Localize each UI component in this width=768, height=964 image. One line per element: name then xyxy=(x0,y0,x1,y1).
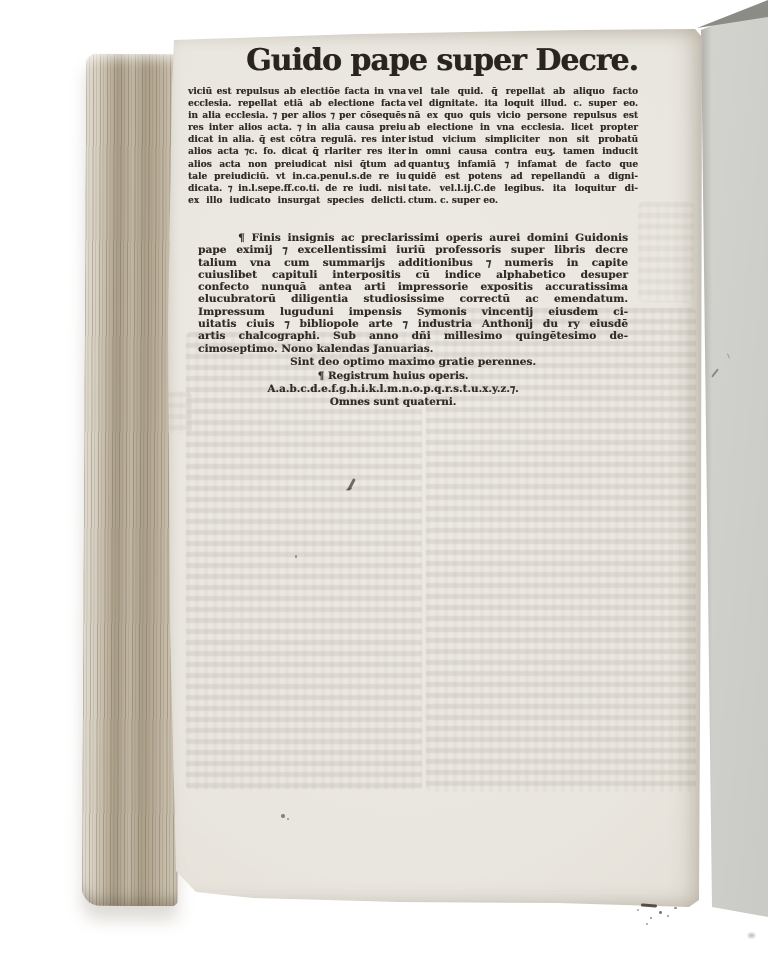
bleedthrough-right-margin xyxy=(638,202,694,302)
text-line: nā ex quo quis vicio persone repulsus es… xyxy=(408,110,638,122)
printed-page: Guido pape super Decre. viciū est repuls… xyxy=(158,26,706,914)
text-line: res inter alios acta. ⁊ in alia causa pr… xyxy=(188,122,406,134)
background-speck xyxy=(748,933,755,938)
colophon-line: elucubratorū diligentia studiosissime co… xyxy=(198,293,628,305)
colophon-line: talium vna cum summarijs additionibus ⁊ … xyxy=(198,257,628,269)
ink-speck xyxy=(650,917,652,919)
right-column: vel tale quid. q̄ repellat ab aliquo fac… xyxy=(408,86,638,207)
text-line: viciū est repulsus ab electiōe facta in … xyxy=(188,86,406,98)
colophon-line: pape eximij ⁊ excellentissimi iuriū prof… xyxy=(198,244,628,256)
text-line: in omni causa contra euʒ. tamen inducit xyxy=(408,146,638,158)
register: ¶ Registrum huius operis. A.a.b.c.d.e.f.… xyxy=(230,370,556,409)
colophon-line: Impressum luguduni impensis Symonis vinc… xyxy=(198,306,628,318)
colophon-line: uitatis ciuis ⁊ bibliopole arte ⁊ indust… xyxy=(198,318,628,330)
text-line: in alia ecclesia. ⁊ per alios ⁊ per cōse… xyxy=(188,110,406,122)
text-line: dicata. ⁊ in.l.sepe.ff.co.ti. de re iudi… xyxy=(188,183,406,195)
text-line: istud vicium simpliciter non sit probatū xyxy=(408,134,638,146)
ink-speck xyxy=(667,915,669,917)
text-line: ecclesia. repellat etiā ab electione fac… xyxy=(188,98,406,110)
text-line: vel dignitate. ita loquit illud. c. supe… xyxy=(408,98,638,110)
text-line: alios acta ⁊c. fo. dicat q̄ rlariter res… xyxy=(188,146,406,158)
colophon-line: cuiuslibet capituli interpositis cū indi… xyxy=(198,269,628,281)
left-column: viciū est repulsus ab electiōe facta in … xyxy=(188,86,406,207)
colophon-line: confecto nunquā antea arti impressorie e… xyxy=(198,281,628,293)
register-heading: ¶ Registrum huius operis. xyxy=(230,370,556,383)
text-line: ex illo iudicato insurgat species delict… xyxy=(188,195,406,207)
text-line: ab electione in vna ecclesia. licet prop… xyxy=(408,122,638,134)
text-line: quidē est potens ad repellandū a digni- xyxy=(408,171,638,183)
text-line: vel tale quid. q̄ repellat ab aliquo fac… xyxy=(408,86,638,98)
register-signatures: A.a.b.c.d.e.f.g.h.i.k.l.m.n.o.p.q.r.s.t.… xyxy=(230,383,556,396)
colophon-doxology: Sint deo optimo maximo gratie perennes. xyxy=(198,356,628,369)
ink-speck xyxy=(646,923,648,925)
register-note: Omnes sunt quaterni. xyxy=(230,396,556,409)
ink-speck xyxy=(674,907,677,909)
text-line: tale preiudiciū. vt in.ca.penul.s.de re … xyxy=(188,171,406,183)
ink-speck xyxy=(637,909,639,911)
text-line: alios acta non preiudicat nisi q̄tum ad xyxy=(188,159,406,171)
text-line: dicat in alia. q̄ est cōtra regulā. res … xyxy=(188,134,406,146)
colophon-line: cimoseptimo. Nono kalendas Januarias. xyxy=(198,343,628,355)
book-fore-edge-pages xyxy=(82,54,182,906)
colophon-line: artis chalcographi. Sub anno dñi millesi… xyxy=(198,330,628,342)
ink-speck xyxy=(659,911,662,914)
running-title: Guido pape super Decre. xyxy=(168,44,716,78)
text-line: ctum. c. super eo. xyxy=(408,195,638,207)
text-line: quantuʒ infamiā ⁊ infamat de facto que xyxy=(408,159,638,171)
book-photograph: Guido pape super Decre. viciū est repuls… xyxy=(0,0,768,964)
colophon-line: ¶ Finis insignis ac preclarissimi operis… xyxy=(198,232,628,244)
colophon: ¶ Finis insignis ac preclarissimi operis… xyxy=(198,232,628,369)
text-line: tate. vel.l.ij.C.de legibus. ita loquitu… xyxy=(408,183,638,195)
